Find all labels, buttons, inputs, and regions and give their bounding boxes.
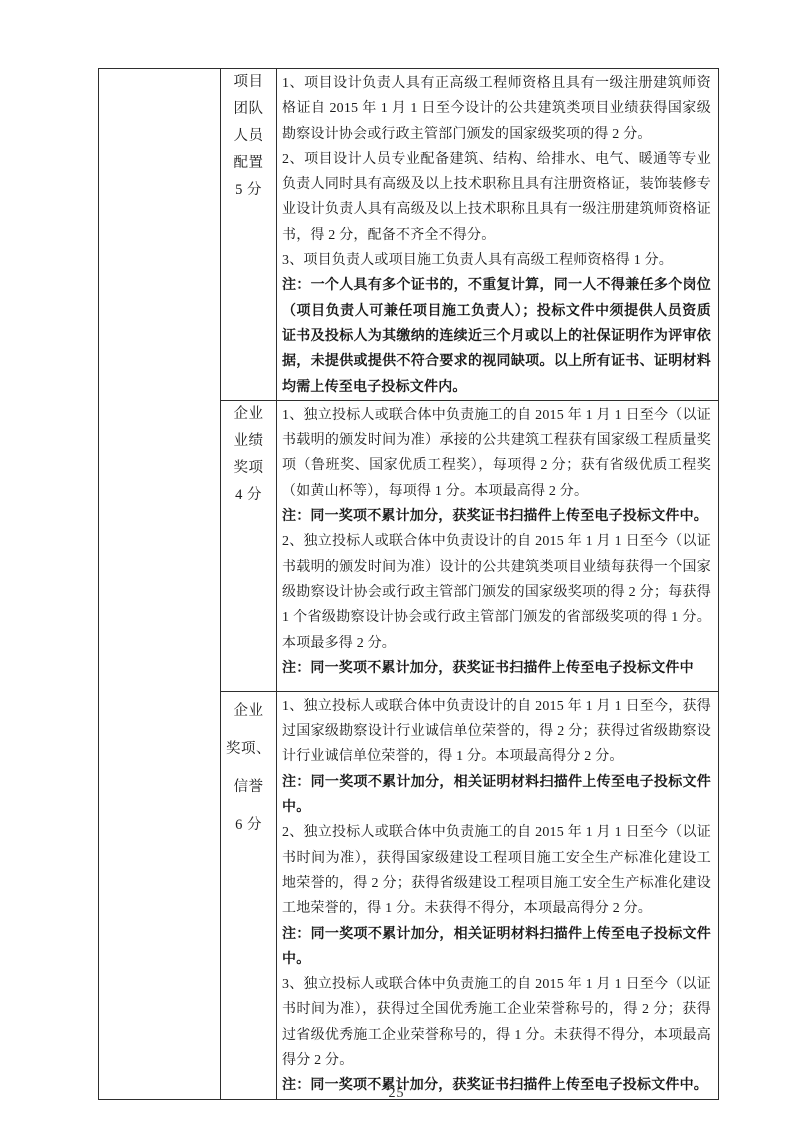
note-paragraph: 注：同一奖项不累计加分，相关证明材料扫描件上传至电子投标文件中。	[282, 770, 711, 821]
criteria-paragraph: 1、独立投标人或联合体中负责施工的自 2015 年 1 月 1 日至今（以证书载…	[282, 403, 711, 504]
criteria-cell-project-team: 1、项目设计负责人具有正高级工程师资格且具有一级注册建筑师资格证自 2015 年…	[277, 69, 719, 401]
note-paragraph: 注：同一奖项不累计加分，获奖证书扫描件上传至电子投标文件中	[282, 656, 711, 681]
merged-empty-cell	[99, 69, 221, 1100]
criteria-paragraph: 3、项目负责人或项目施工负责人具有高级工程师资格得 1 分。	[282, 248, 711, 273]
criteria-paragraph: 1、独立投标人或联合体中负责设计的自 2015 年 1 月 1 日至今，获得过国…	[282, 694, 711, 770]
row-label-enterprise-awards: 企业 奖项、 信誉 6 分	[221, 691, 277, 1099]
page-number: 25	[0, 1086, 793, 1102]
criteria-paragraph: 2、独立投标人或联合体中负责施工的自 2015 年 1 月 1 日至今（以证书时…	[282, 820, 711, 921]
note-paragraph: 注：同一奖项不累计加分，相关证明材料扫描件上传至电子投标文件中。	[282, 922, 711, 973]
criteria-paragraph: 2、独立投标人或联合体中负责设计的自 2015 年 1 月 1 日至今（以证书载…	[282, 529, 711, 655]
document-page: 项目 团队 人员 配置 5 分 1、项目设计负责人具有正高级工程师资格且具有一级…	[0, 0, 793, 1122]
scoring-criteria-table: 项目 团队 人员 配置 5 分 1、项目设计负责人具有正高级工程师资格且具有一级…	[98, 68, 719, 1100]
criteria-cell-enterprise-performance: 1、独立投标人或联合体中负责施工的自 2015 年 1 月 1 日至今（以证书载…	[277, 400, 719, 691]
criteria-paragraph: 1、项目设计负责人具有正高级工程师资格且具有一级注册建筑师资格证自 2015 年…	[282, 71, 711, 147]
row-label-enterprise-performance: 企业 业绩 奖项 4 分	[221, 400, 277, 691]
note-paragraph: 注：同一奖项不累计加分，获奖证书扫描件上传至电子投标文件中。	[282, 504, 711, 529]
table-row: 项目 团队 人员 配置 5 分 1、项目设计负责人具有正高级工程师资格且具有一级…	[99, 69, 719, 401]
note-paragraph: 注：一个人具有多个证书的，不重复计算，同一人不得兼任多个岗位（项目负责人可兼任项…	[282, 273, 711, 399]
row-label-project-team: 项目 团队 人员 配置 5 分	[221, 69, 277, 401]
criteria-paragraph: 2、项目设计人员专业配备建筑、结构、给排水、电气、暖通等专业负责人同时具有高级及…	[282, 147, 711, 248]
criteria-cell-enterprise-awards: 1、独立投标人或联合体中负责设计的自 2015 年 1 月 1 日至今，获得过国…	[277, 691, 719, 1099]
criteria-paragraph: 3、独立投标人或联合体中负责施工的自 2015 年 1 月 1 日至今（以证书时…	[282, 972, 711, 1073]
